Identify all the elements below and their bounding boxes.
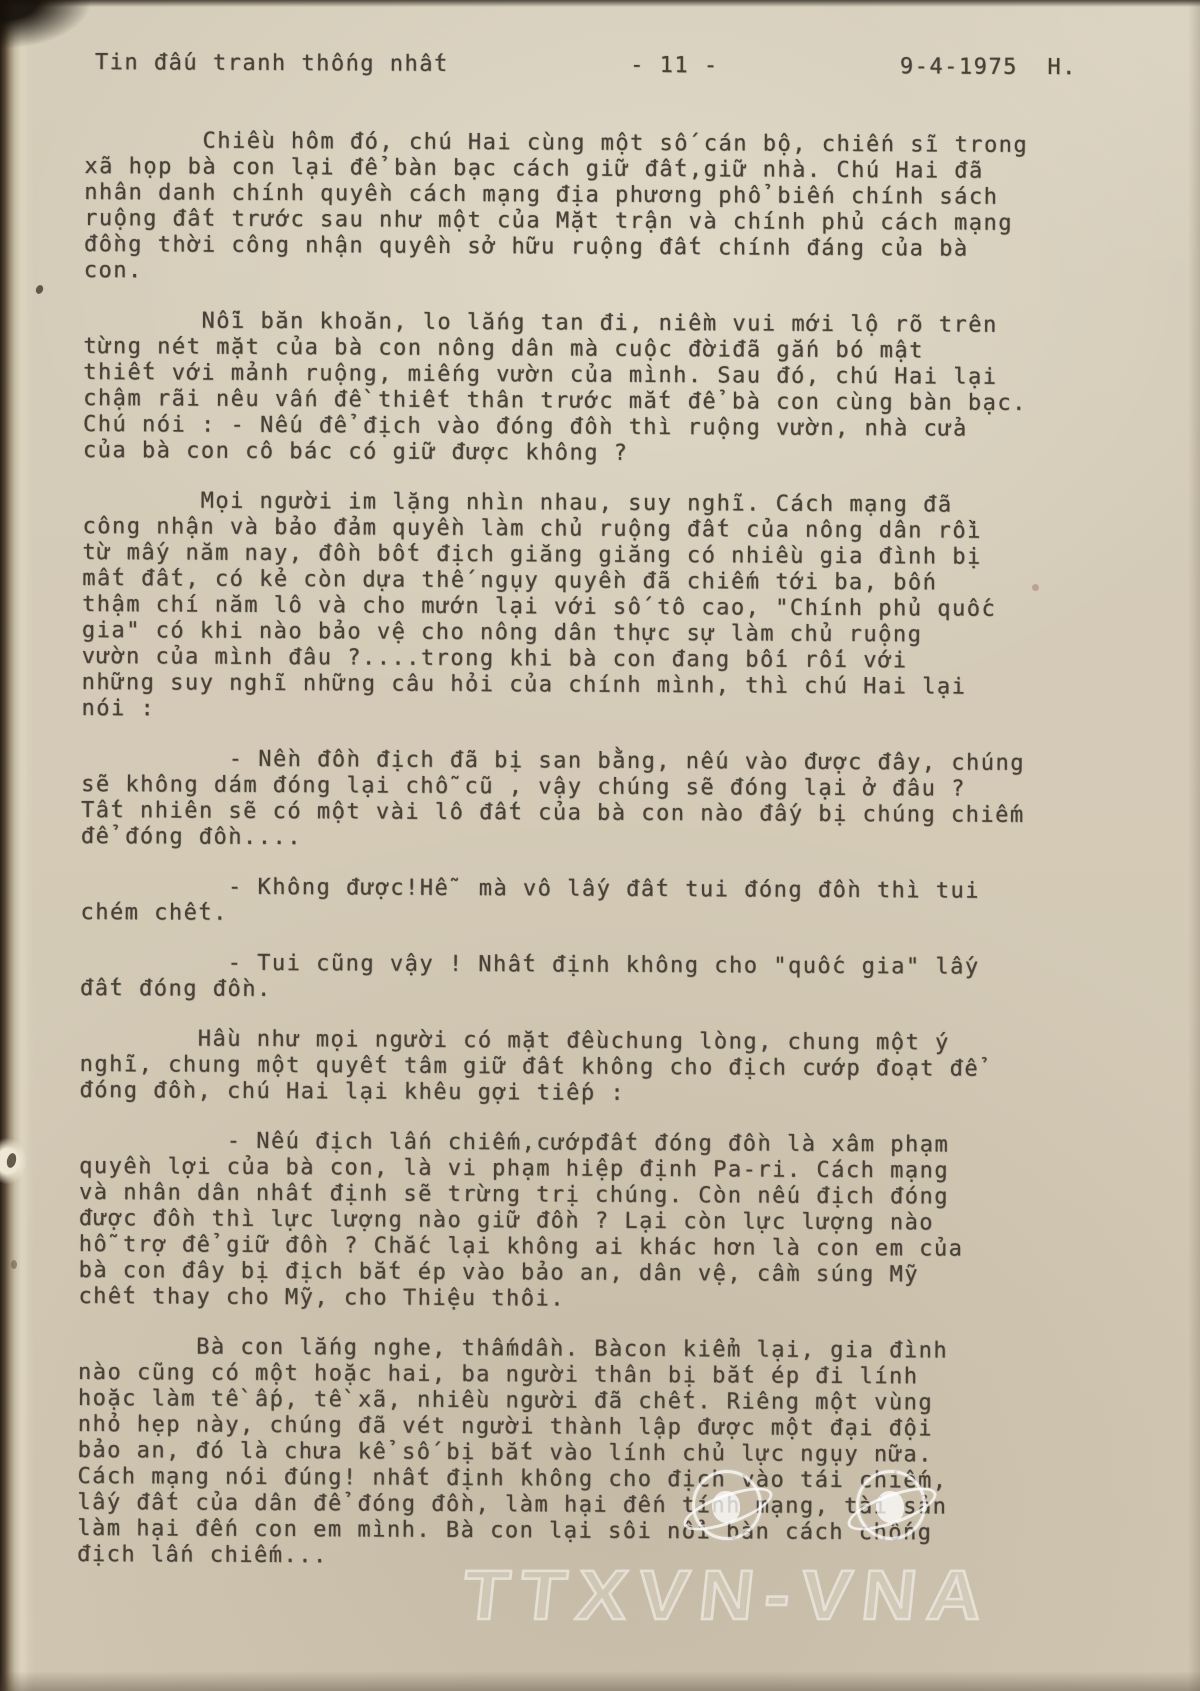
scanned-page: Tin đấu tranh thống nhất - 11 - 9-4-1975…	[0, 0, 1200, 1691]
page-number: - 11 -	[630, 53, 719, 79]
page-edge-shadow-right	[1188, 0, 1200, 1691]
document-title: Tin đấu tranh thống nhất	[95, 50, 449, 78]
paper-speck	[11, 1260, 17, 1269]
globe-orbit-ring	[679, 1479, 778, 1539]
page-edge-shadow-left	[0, 0, 34, 1691]
watermark-text: TTXVN-VNA	[390, 1562, 1067, 1628]
paragraph: Hầu như mọi người có mặt đềuchung lòng, …	[79, 1026, 1119, 1109]
paragraph: - Không được!Hễ mà vô lấy đất tui đóng đ…	[80, 874, 1120, 931]
watermark: TTXVN-VNA	[418, 1462, 1038, 1691]
paragraph: Mọi người im lặng nhìn nhau, suy nghĩ. C…	[81, 488, 1122, 727]
page-edge-shadow-top	[0, 0, 1200, 7]
paragraph: - Nếu địch lấn chiếm,cướpđất đóng đồn là…	[78, 1128, 1119, 1315]
vna-globe-logo-icon	[856, 1470, 926, 1540]
paragraph: Chiều hôm đó, chú Hai cùng một số cán bộ…	[84, 128, 1125, 289]
binding-tear	[0, 1138, 27, 1184]
paper-speck	[34, 284, 44, 295]
paragraph: - Tui cũng vậy ! Nhất định không cho "qu…	[80, 950, 1120, 1007]
globe-orbit-ring	[843, 1479, 942, 1539]
paragraph: - Nền đồn địch đã bị san bằng, nếu vào đ…	[81, 746, 1122, 855]
paragraph: Nỗi băn khoăn, lo lắng tan đi, niềm vui …	[83, 308, 1124, 469]
page-corner-shadow	[0, 0, 90, 48]
document-date: 9-4-1975 H.	[900, 54, 1077, 81]
typewritten-content: Tin đấu tranh thống nhất - 11 - 9-4-1975…	[77, 50, 1125, 1597]
vna-globe-logo-icon	[692, 1470, 762, 1540]
document-header: Tin đấu tranh thống nhất - 11 - 9-4-1975…	[85, 50, 1125, 81]
binding-tear-mark	[5, 1152, 17, 1169]
